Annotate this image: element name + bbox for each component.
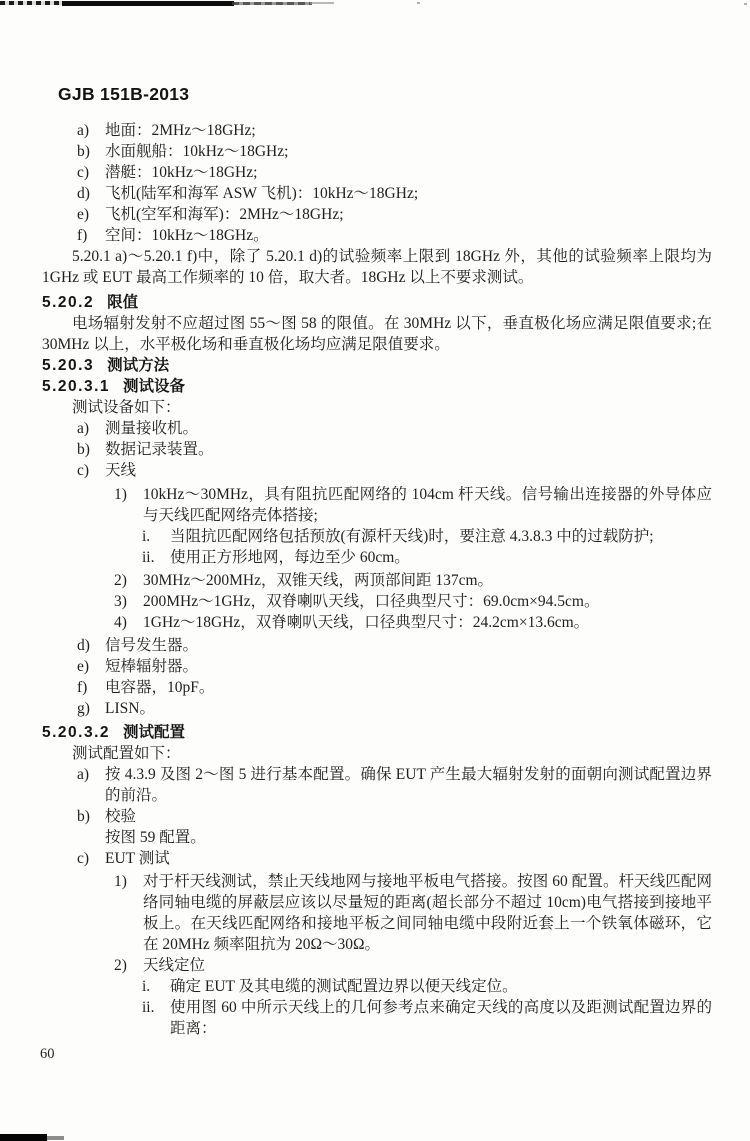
list-marker: 2) bbox=[114, 570, 143, 591]
section-heading-5-20-3: 5.20.3测试方法 bbox=[42, 355, 712, 376]
list-marker: e) bbox=[77, 656, 105, 677]
list-item: i.当阻抗匹配网络包括预放(有源杆天线)时，要注意 4.3.8.3 中的过载防护… bbox=[42, 526, 712, 547]
list-item: d)飞机(陆军和海军 ASW 飞机)：10kHz～18GHz; bbox=[42, 183, 712, 204]
list-marker: g) bbox=[77, 698, 105, 719]
scan-artifact-bottom-smudge bbox=[47, 1136, 64, 1140]
list-marker: f) bbox=[77, 677, 105, 698]
list-text: 1GHz～18GHz，双脊喇叭天线，口径典型尺寸：24.2cm×13.6cm。 bbox=[143, 612, 712, 633]
list-text: 天线定位 bbox=[143, 955, 712, 976]
list-marker: 4) bbox=[114, 612, 143, 633]
list-item: a)按 4.3.9 及图 2～图 5 进行基本配置。确保 EUT 产生最大辐射发… bbox=[42, 764, 712, 806]
equipment-intro: 测试设备如下： bbox=[42, 397, 712, 418]
list-marker: 1) bbox=[114, 871, 143, 892]
section-number: 5.20.3 bbox=[42, 357, 94, 374]
list-text: 短棒辐射器。 bbox=[105, 656, 712, 677]
list-text: 电容器，10pF。 bbox=[105, 677, 712, 698]
list-text: 地面：2MHz～18GHz; bbox=[105, 120, 712, 141]
list-text: 对于杆天线测试，禁止天线地网与接地平板电气搭接。按图 60 配置。杆天线匹配网络… bbox=[143, 871, 712, 955]
list-text: 水面舰船：10kHz～18GHz; bbox=[105, 141, 712, 162]
list-text: 潜艇：10kHz～18GHz; bbox=[105, 162, 712, 183]
section-heading-5-20-3-2: 5.20.3.2测试配置 bbox=[42, 722, 712, 743]
scan-artifact-top-fade bbox=[232, 2, 312, 5]
list-text: 30MHz～200MHz，双锥天线，两顶部间距 137cm。 bbox=[143, 570, 712, 591]
list-marker: i. bbox=[142, 976, 170, 997]
list-item: 3)200MHz～1GHz，双脊喇叭天线，口径典型尺寸：69.0cm×94.5c… bbox=[42, 591, 712, 612]
list-item: c)EUT 测试 bbox=[42, 848, 712, 869]
section-title: 测试配置 bbox=[123, 724, 185, 741]
paragraph-5-20-1: 5.20.1 a)～5.20.1 f)中，除了 5.20.1 d)的试验频率上限… bbox=[42, 246, 712, 288]
list-item: 2)天线定位 bbox=[42, 955, 712, 976]
list-text: 使用正方形地网，每边至少 60cm。 bbox=[170, 547, 712, 568]
list-text: 空间：10kHz～18GHz。 bbox=[105, 225, 712, 246]
list-text: EUT 测试 bbox=[105, 848, 712, 869]
list-text: 按 4.3.9 及图 2～图 5 进行基本配置。确保 EUT 产生最大辐射发射的… bbox=[105, 764, 712, 806]
list-marker: b) bbox=[77, 806, 105, 827]
section-title: 限值 bbox=[107, 294, 138, 311]
list-marker: b) bbox=[77, 141, 105, 162]
scanned-document-page: GJB 151B-2013 a)地面：2MHz～18GHz; b)水面舰船：10… bbox=[0, 0, 750, 1141]
list-item: e)短棒辐射器。 bbox=[42, 656, 712, 677]
section-number: 5.20.3.2 bbox=[42, 724, 110, 741]
list-item: g)LISN。 bbox=[42, 698, 712, 719]
list-marker: i. bbox=[142, 526, 170, 547]
list-marker: 2) bbox=[114, 955, 143, 976]
scan-artifact-top-dot2 bbox=[744, 3, 747, 5]
list-text: 使用图 60 中所示天线上的几何参考点来确定天线的高度以及距测试配置边界的距离： bbox=[170, 997, 712, 1039]
list-item: e)飞机(空军和海军)：2MHz～18GHz; bbox=[42, 204, 712, 225]
list-item: 2)30MHz～200MHz，双锥天线，两顶部间距 137cm。 bbox=[42, 570, 712, 591]
list-text: 飞机(空军和海军)：2MHz～18GHz; bbox=[105, 204, 712, 225]
list-item: 1)10kHz～30MHz，具有阻抗匹配网络的 104cm 杆天线。信号输出连接… bbox=[42, 484, 712, 526]
list-text: 数据记录装置。 bbox=[105, 439, 712, 460]
list-text: 当阻抗匹配网络包括预放(有源杆天线)时，要注意 4.3.8.3 中的过载防护; bbox=[170, 526, 712, 547]
section-number: 5.20.3.1 bbox=[42, 378, 110, 395]
list-item: a)地面：2MHz～18GHz; bbox=[42, 120, 712, 141]
list-marker: d) bbox=[77, 635, 105, 656]
scan-artifact-top-tail bbox=[310, 2, 334, 4]
section-number: 5.20.2 bbox=[42, 294, 94, 311]
list-marker: a) bbox=[77, 418, 105, 439]
scan-artifact-top-dot1 bbox=[417, 2, 420, 4]
page-content: GJB 151B-2013 a)地面：2MHz～18GHz; b)水面舰船：10… bbox=[42, 84, 712, 1039]
list-item: i.确定 EUT 及其电缆的测试配置边界以便天线定位。 bbox=[42, 976, 712, 997]
scan-artifact-top-left bbox=[0, 1, 64, 5]
list-marker: 1) bbox=[114, 484, 143, 505]
scan-artifact-top-bar bbox=[62, 1, 234, 6]
list-item: f)电容器，10pF。 bbox=[42, 677, 712, 698]
list-text: 天线 bbox=[105, 460, 712, 481]
list-text: 测量接收机。 bbox=[105, 418, 712, 439]
list-item: b)水面舰船：10kHz～18GHz; bbox=[42, 141, 712, 162]
list-marker: c) bbox=[77, 848, 105, 869]
list-item: b)校验 bbox=[42, 806, 712, 827]
section-title: 测试设备 bbox=[123, 378, 185, 395]
section-heading-5-20-3-1: 5.20.3.1测试设备 bbox=[42, 376, 712, 397]
list-item-note: 按图 59 配置。 bbox=[42, 827, 712, 848]
list-text: LISN。 bbox=[105, 698, 712, 719]
frequency-range-list: a)地面：2MHz～18GHz; b)水面舰船：10kHz～18GHz; c)潜… bbox=[42, 120, 712, 246]
list-marker: e) bbox=[77, 204, 105, 225]
list-text: 校验 bbox=[105, 806, 712, 827]
list-marker: c) bbox=[77, 460, 105, 481]
standard-number-header: GJB 151B-2013 bbox=[58, 84, 712, 105]
list-item: d)信号发生器。 bbox=[42, 635, 712, 656]
list-marker: d) bbox=[77, 183, 105, 204]
list-item: c)潜艇：10kHz～18GHz; bbox=[42, 162, 712, 183]
list-text: 10kHz～30MHz，具有阻抗匹配网络的 104cm 杆天线。信号输出连接器的… bbox=[143, 484, 712, 526]
list-text: 200MHz～1GHz，双脊喇叭天线，口径典型尺寸：69.0cm×94.5cm。 bbox=[143, 591, 712, 612]
list-item: ii.使用正方形地网，每边至少 60cm。 bbox=[42, 547, 712, 568]
list-item: f)空间：10kHz～18GHz。 bbox=[42, 225, 712, 246]
list-marker: ii. bbox=[142, 997, 170, 1018]
list-text: 信号发生器。 bbox=[105, 635, 712, 656]
page-number: 60 bbox=[40, 1044, 55, 1065]
list-item: 1)对于杆天线测试，禁止天线地网与接地平板电气搭接。按图 60 配置。杆天线匹配… bbox=[42, 871, 712, 955]
paragraph-limits: 电场辐射发射不应超过图 55～图 58 的限值。在 30MHz 以下，垂直极化场… bbox=[42, 313, 712, 355]
list-item: 4)1GHz～18GHz，双脊喇叭天线，口径典型尺寸：24.2cm×13.6cm… bbox=[42, 612, 712, 633]
section-heading-5-20-2: 5.20.2限值 bbox=[42, 292, 712, 313]
scan-artifact-bottom-mark bbox=[0, 1134, 47, 1141]
list-item: ii.使用图 60 中所示天线上的几何参考点来确定天线的高度以及距测试配置边界的… bbox=[42, 997, 712, 1039]
list-marker: b) bbox=[77, 439, 105, 460]
list-item: a)测量接收机。 bbox=[42, 418, 712, 439]
list-marker: a) bbox=[77, 764, 105, 785]
list-marker: c) bbox=[77, 162, 105, 183]
section-title: 测试方法 bbox=[107, 357, 169, 374]
list-text: 飞机(陆军和海军 ASW 飞机)：10kHz～18GHz; bbox=[105, 183, 712, 204]
list-marker: f) bbox=[77, 225, 105, 246]
list-marker: ii. bbox=[142, 547, 170, 568]
list-text: 确定 EUT 及其电缆的测试配置边界以便天线定位。 bbox=[170, 976, 712, 997]
list-item: c)天线 bbox=[42, 460, 712, 481]
list-item: b)数据记录装置。 bbox=[42, 439, 712, 460]
configuration-intro: 测试配置如下： bbox=[42, 743, 712, 764]
list-marker: 3) bbox=[114, 591, 143, 612]
list-marker: a) bbox=[77, 120, 105, 141]
